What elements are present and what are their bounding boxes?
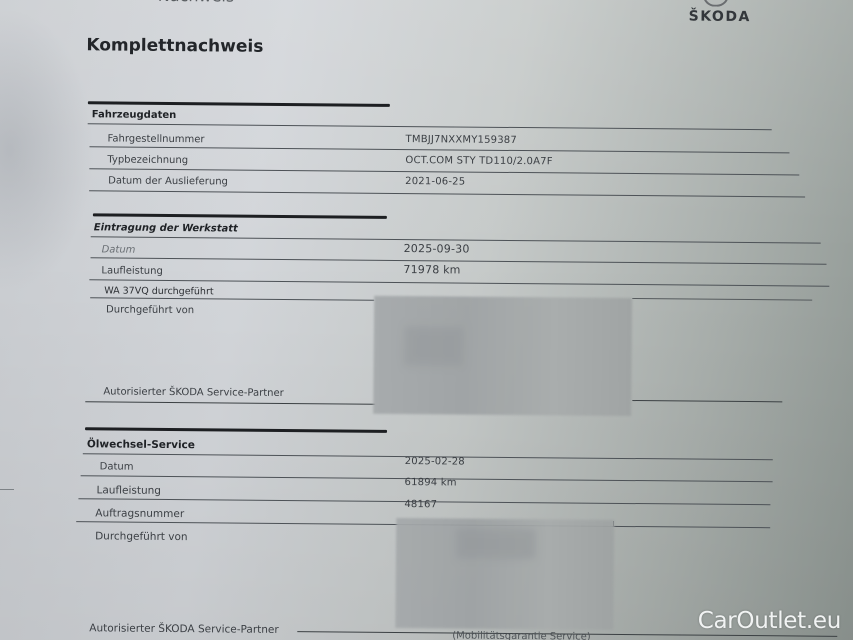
- field-value-date: 2025-02-28: [405, 456, 465, 468]
- section-heading: Ölwechsel-Service: [87, 438, 195, 451]
- section-divider: [93, 213, 387, 219]
- row-divider: [89, 146, 789, 153]
- signature-line: [632, 400, 782, 402]
- stray-mark: ı: [612, 519, 615, 529]
- field-label-mileage: Laufleistung: [101, 265, 163, 277]
- field-value-mileage: 61894 km: [405, 477, 457, 488]
- performed-note: WA 37VQ durchgeführt: [104, 285, 213, 297]
- row-divider: [89, 168, 799, 175]
- row-divider: [632, 298, 812, 301]
- signature-line: [85, 401, 375, 405]
- performed-by-label: Durchgeführt von: [95, 530, 188, 543]
- redacted-stamp-area: [395, 518, 614, 630]
- row-divider: [90, 297, 374, 300]
- partner-label: Autorisierter ŠKODA Service-Partner: [89, 622, 279, 636]
- watermark: CarOutlet.eu: [698, 608, 841, 634]
- field-label-type: Typbezeichnung: [107, 154, 188, 166]
- section-divider: [88, 101, 390, 107]
- brand-wordmark: ŠKODA: [689, 9, 751, 26]
- field-value-date: 2025-09-30: [404, 242, 470, 256]
- redacted-stamp-area: [373, 296, 632, 416]
- section-divider: [85, 427, 387, 433]
- header-partial-title: Nachweis: [158, 0, 235, 6]
- field-label-mileage: Laufleistung: [96, 484, 161, 497]
- field-label-delivery-date: Datum der Auslieferung: [108, 175, 228, 187]
- row-divider: [88, 123, 772, 130]
- performed-by-label: Durchgeführt von: [106, 304, 194, 316]
- document-page: Nachweis ŠKODA Komplettnachweis Fahrzeug…: [0, 0, 853, 640]
- edge-mark: [0, 489, 14, 490]
- section-heading: Eintragung der Werkstatt: [94, 222, 238, 234]
- section-heading: Fahrzeugdaten: [92, 109, 177, 121]
- field-value-order-number: 48167: [404, 499, 437, 510]
- field-label-order-number: Auftragsnummer: [95, 507, 184, 520]
- field-value-mileage: 71978 km: [403, 263, 460, 276]
- document-title: Komplettnachweis: [86, 35, 263, 57]
- field-value-vin: TMBJJ7NXXMY159387: [406, 134, 517, 146]
- row-divider: [89, 190, 805, 197]
- partner-label: Autorisierter ŠKODA Service-Partner: [103, 386, 283, 399]
- skoda-logo-icon: [703, 0, 729, 7]
- footer-partial-text: (Mobilitätsgarantie Service): [452, 630, 591, 640]
- field-value-delivery-date: 2021-06-25: [405, 176, 465, 188]
- field-label-vin: Fahrgestellnummer: [108, 133, 205, 145]
- field-label-date: Datum: [102, 244, 136, 255]
- row-divider: [76, 521, 770, 528]
- field-label-date: Datum: [100, 461, 134, 472]
- field-value-type: OCT.COM STY TD110/2.0A7F: [405, 155, 552, 167]
